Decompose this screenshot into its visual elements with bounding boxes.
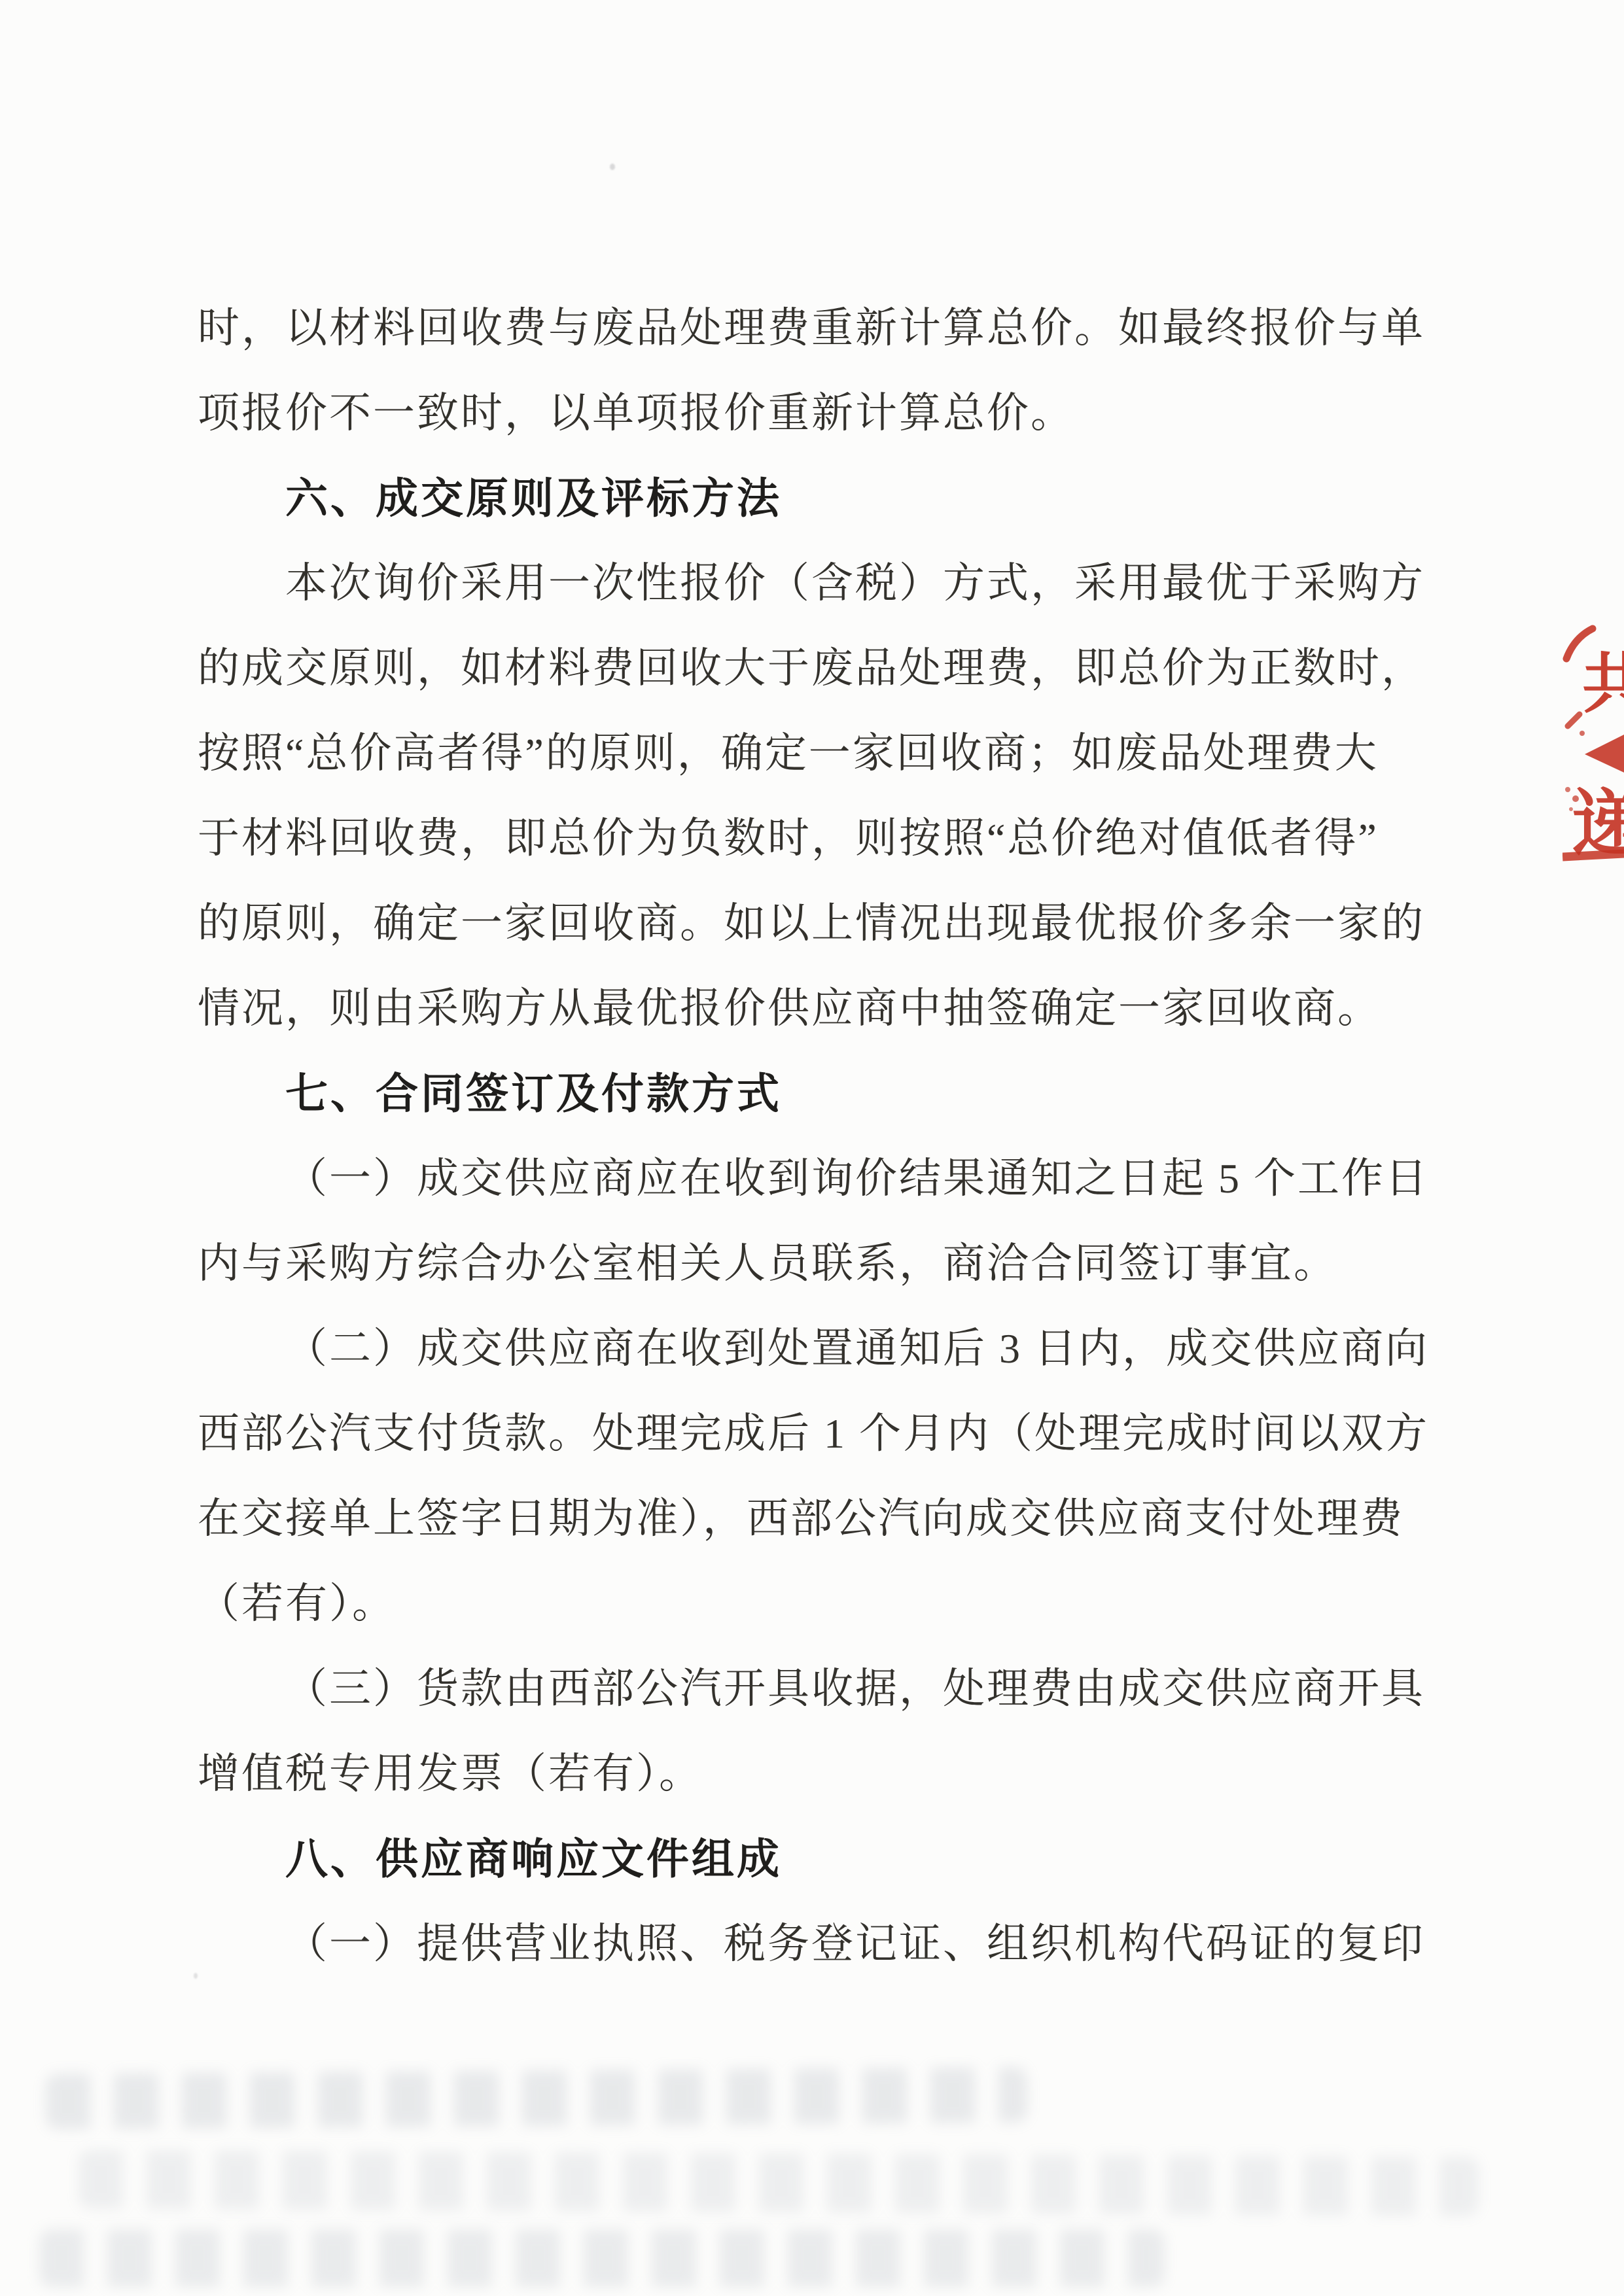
body-line: 情况，则由采购方从最优报价供应商中抽签确定一家回收商。 — [198, 966, 1442, 1051]
text-block: 时，以材料回收费与废品处理费重新计算总价。如最终报价与单 项报价不一致时，以单项… — [198, 286, 1442, 1987]
bleed-through-row — [39, 2229, 1165, 2287]
section-heading-6: 六、成交原则及评标方法 — [198, 456, 1442, 541]
body-line: 西部公汽支付货款。处理完成后 1 个月内（处理完成时间以双方 — [198, 1391, 1442, 1476]
bleed-through-row — [79, 2149, 1479, 2216]
body-line: 在交接单上签字日期为准），西部公汽向成交供应商支付处理费 — [198, 1476, 1442, 1561]
stamp-tick — [1568, 714, 1580, 726]
body-line: （三）货款由西部公汽开具收据，处理费由成交供应商开具 — [198, 1646, 1442, 1731]
stamp-dot — [1565, 787, 1570, 792]
stamp-dot — [1580, 731, 1585, 736]
body-line: （一）提供营业执照、税务登记证、组织机构代码证的复印 — [198, 1902, 1442, 1987]
body-line: 项报价不一致时，以单项报价重新计算总价。 — [198, 371, 1442, 456]
body-line: 的成交原则，如材料费回收大于废品处理费，即总价为正数时， — [198, 626, 1442, 711]
section-heading-7: 七、合同签订及付款方式 — [198, 1051, 1442, 1136]
red-stamp: 共 递 — [1562, 618, 1624, 870]
body-line: 时，以材料回收费与废品处理费重新计算总价。如最终报价与单 — [198, 286, 1442, 371]
body-line: 增值税专用发票（若有）。 — [198, 1731, 1442, 1817]
body-line: （若有）。 — [198, 1561, 1442, 1646]
bleed-through-row — [46, 2067, 1028, 2129]
body-line: 按照“总价高者得”的原则，确定一家回收商；如废品处理费大 — [198, 711, 1442, 796]
body-line: 于材料回收费，即总价为负数时，则按照“总价绝对值低者得” — [198, 796, 1442, 881]
body-line: 内与采购方综合办公室相关人员联系，商洽合同签订事宜。 — [198, 1221, 1442, 1306]
section-heading-8: 八、供应商响应文件组成 — [198, 1817, 1442, 1902]
scan-speck — [610, 164, 615, 170]
stamp-character-top: 共 — [1582, 648, 1624, 721]
stamp-triangle — [1585, 735, 1624, 773]
body-line: （一）成交供应商应在收到询价结果通知之日起 5 个工作日 — [198, 1136, 1442, 1221]
body-line: 本次询价采用一次性报价（含税）方式，采用最优于采购方 — [198, 541, 1442, 626]
document-page: 时，以材料回收费与废品处理费重新计算总价。如最终报价与单 项报价不一致时，以单项… — [0, 0, 1624, 2296]
scan-speck — [194, 1973, 198, 1979]
body-line: 的原则，确定一家回收商。如以上情况出现最优报价多余一家的 — [198, 881, 1442, 966]
body-line: （二）成交供应商在收到处置通知后 3 日内，成交供应商向 — [198, 1306, 1442, 1391]
